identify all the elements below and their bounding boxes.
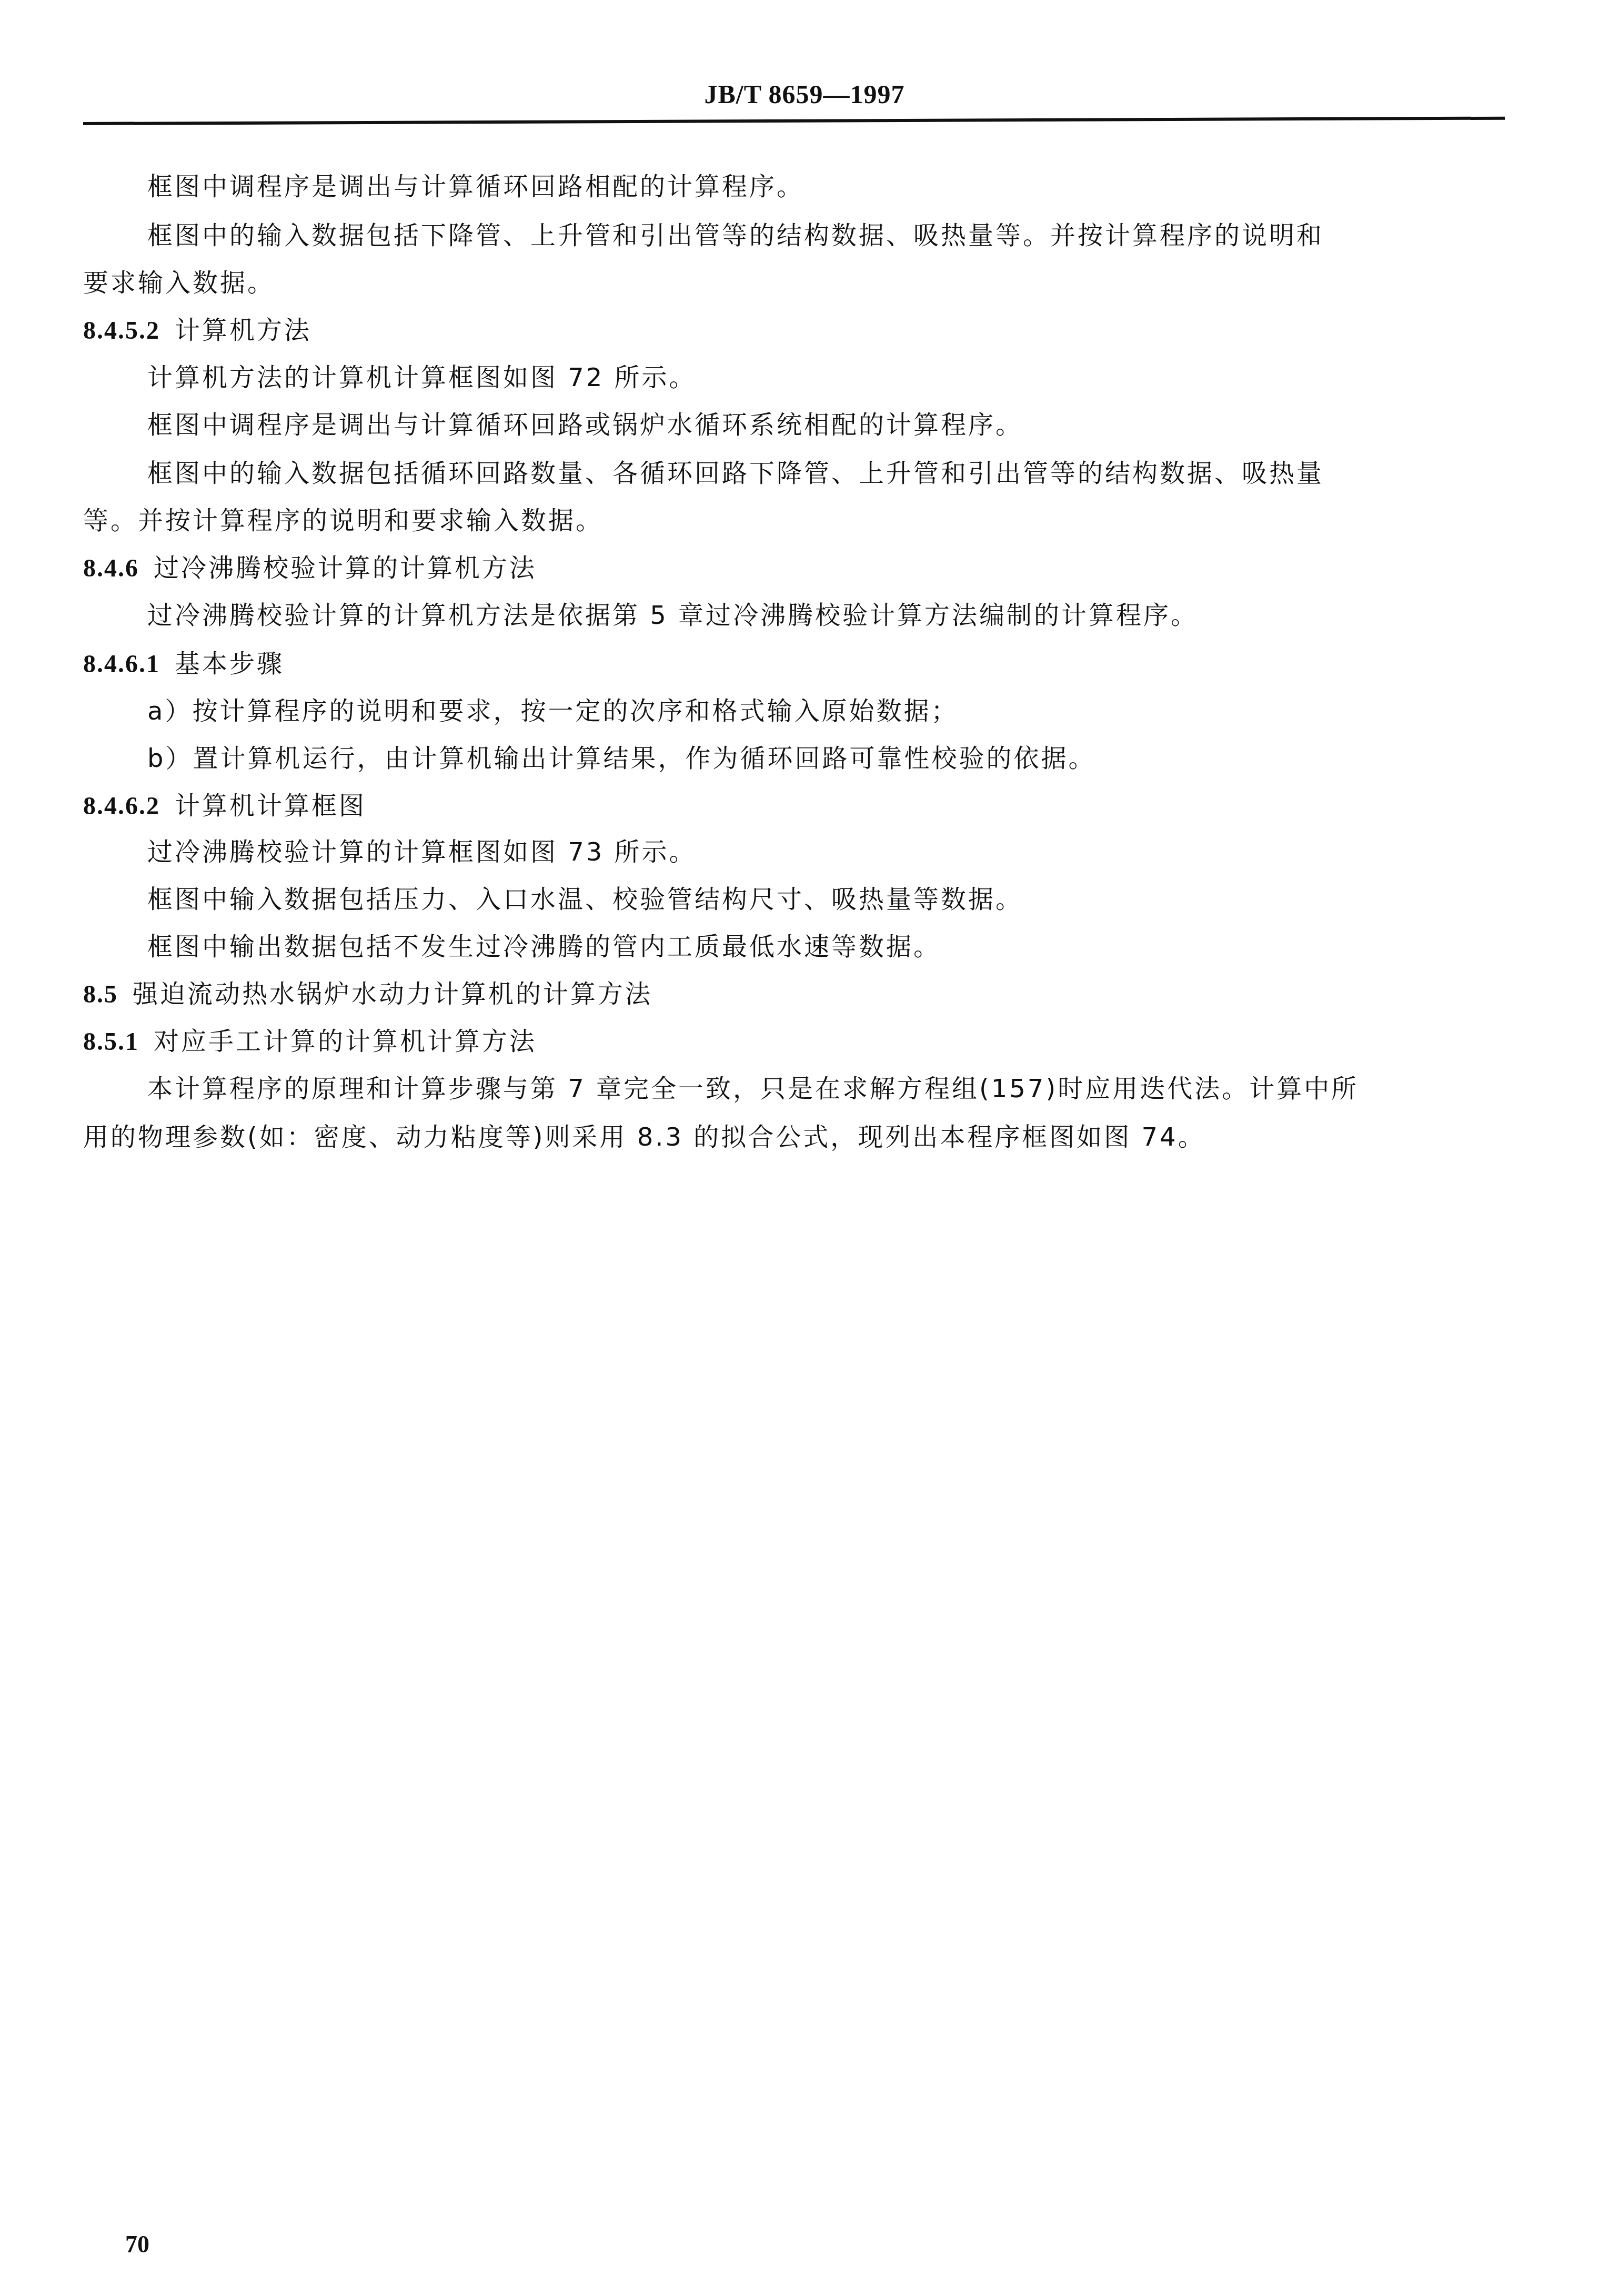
section-heading-8-4-5-2: 8.4.5.2计算机方法	[83, 315, 311, 347]
section-heading-8-4-6-1: 8.4.6.1基本步骤	[83, 648, 284, 680]
section-title: 强迫流动热水锅炉水动力计算机的计算方法	[133, 979, 652, 1009]
section-number: 8.4.5.2	[83, 317, 160, 345]
section-number: 8.5.1	[83, 1028, 139, 1056]
section-number: 8.4.6	[83, 554, 139, 582]
section-title: 计算机计算框图	[175, 791, 366, 821]
paragraph: 框图中输入数据包括压力、入口水温、校验管结构尺寸、吸热量等数据。	[147, 884, 1023, 915]
paragraph-continuation: 等。并按计算程序的说明和要求输入数据。	[83, 505, 603, 537]
section-number: 8.4.6.1	[83, 650, 160, 678]
paragraph-continuation: 要求输入数据。	[83, 267, 275, 299]
paragraph: 计算机方法的计算机计算框图如图 72 所示。	[147, 362, 697, 393]
paragraph: 框图中的输入数据包括下降管、上升管和引出管等的结构数据、吸热量等。并按计算程序的…	[147, 220, 1324, 251]
paragraph: 框图中的输入数据包括循环回路数量、各循环回路下降管、上升管和引出管等的结构数据、…	[147, 458, 1324, 489]
section-number: 8.4.6.2	[83, 792, 160, 820]
section-title: 过冷沸腾校验计算的计算机方法	[154, 553, 537, 583]
section-number: 8.5	[83, 980, 118, 1008]
standard-number-header: JB/T 8659—1997	[0, 79, 1609, 109]
paragraph: 本计算程序的原理和计算步骤与第 7 章完全一致，只是在求解方程组(157)时应用…	[147, 1073, 1359, 1105]
paragraph: 框图中调程序是调出与计算循环回路或锅炉水循环系统相配的计算程序。	[147, 409, 1023, 441]
section-heading-8-4-6-2: 8.4.6.2计算机计算框图	[83, 790, 366, 822]
document-page: JB/T 8659—1997 框图中调程序是调出与计算循环回路相配的计算程序。 …	[0, 0, 1609, 2296]
section-heading-8-5-1: 8.5.1对应手工计算的计算机计算方法	[83, 1026, 537, 1058]
paragraph: 框图中输出数据包括不发生过冷沸腾的管内工质最低水速等数据。	[147, 931, 941, 963]
section-title: 基本步骤	[175, 649, 284, 679]
paragraph: 过冷沸腾校验计算的计算机方法是依据第 5 章过冷沸腾校验计算方法编制的计算程序。	[147, 600, 1198, 631]
section-heading-8-4-6: 8.4.6过冷沸腾校验计算的计算机方法	[83, 552, 537, 584]
section-title: 对应手工计算的计算机计算方法	[154, 1027, 537, 1056]
section-heading-8-5: 8.5强迫流动热水锅炉水动力计算机的计算方法	[83, 978, 652, 1010]
list-item-a: a）按计算程序的说明和要求，按一定的次序和格式输入原始数据；	[147, 695, 958, 727]
section-title: 计算机方法	[175, 316, 311, 345]
header-rule	[83, 117, 1505, 125]
list-item-b: b）置计算机运行，由计算机输出计算结果，作为循环回路可靠性校验的依据。	[147, 743, 1095, 774]
paragraph: 框图中调程序是调出与计算循环回路相配的计算程序。	[147, 171, 804, 203]
paragraph: 过冷沸腾校验计算的计算框图如图 73 所示。	[147, 836, 697, 868]
page-number: 70	[125, 2230, 149, 2258]
paragraph-continuation: 用的物理参数(如：密度、动力粘度等)则采用 8.3 的拟合公式，现列出本程序框图…	[83, 1121, 1205, 1153]
